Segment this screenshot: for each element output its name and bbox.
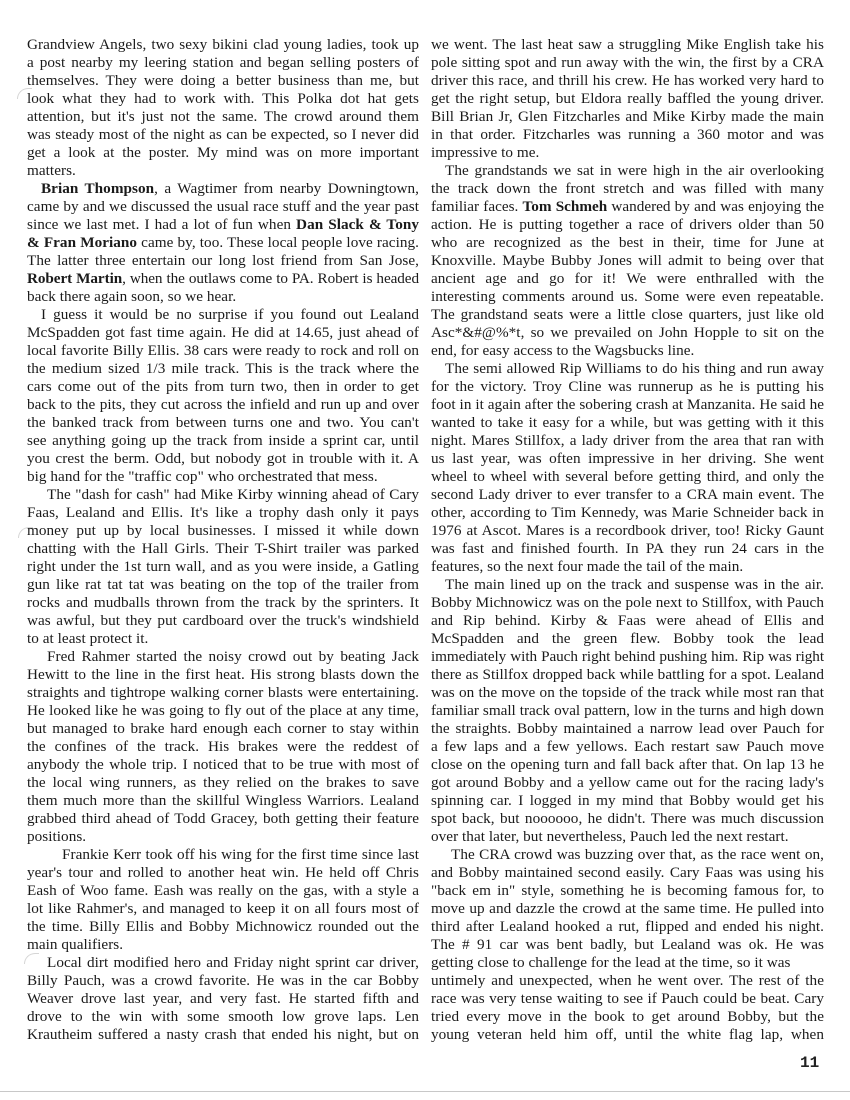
line-text: look what they had to work with. This Po…: [27, 90, 419, 107]
text-line: wheel to wheel with several before getti…: [431, 468, 824, 486]
text-line: main qualifiers.: [27, 936, 419, 954]
text-line: get the right setup, but Eldora really b…: [431, 90, 824, 108]
line-text: , when the outlaws come to PA. Robert is…: [122, 270, 419, 287]
line-text: local favorite Billy Ellis. 38 cars were…: [27, 342, 419, 359]
line-text: the banked track from between turns one …: [27, 414, 419, 431]
line-text: lot like Rahmer's, and managed to keep i…: [27, 900, 419, 917]
text-line: untimely and unexpected, when he went ov…: [431, 972, 824, 990]
line-text: anybody the whole trip. I noticed that t…: [27, 756, 419, 773]
text-line: action. He is putting together a race of…: [431, 216, 824, 234]
text-line: was on the move on the topside of the tr…: [431, 684, 824, 702]
line-text: Billy Pauch, was a crowd favorite. He wa…: [27, 972, 419, 989]
text-line: grabbed third ahead of Todd Gracey, both…: [27, 810, 419, 828]
text-line: who are recognized as the best in their,…: [431, 234, 824, 252]
line-text: McSpadden and the green flew. Bobby took…: [431, 630, 824, 647]
text-line: race was very tense waiting to see if Pa…: [431, 990, 824, 1008]
line-text: other, according to Tim Kennedy, was Mar…: [431, 504, 824, 521]
text-line: immediately with Pauch right behind push…: [431, 648, 824, 666]
text-line: see anything going up the track from ins…: [27, 432, 419, 450]
line-text: big hand for the "traffic cop" who orche…: [27, 468, 378, 485]
line-text: The main lined up on the track and suspe…: [445, 576, 824, 593]
text-line: ancient age and go for it! We were enthr…: [431, 270, 824, 288]
line-text: end, for easy access to the Wagsbucks li…: [431, 342, 694, 359]
line-text: Knoxville. Maybe Bubby Jones will admit …: [431, 252, 824, 269]
text-line: the time. Billy Ellis and Bobby Michnowi…: [27, 918, 419, 936]
line-text: positions.: [27, 828, 86, 845]
text-line: and Bobby maintained second easily. Cary…: [431, 864, 824, 882]
text-line: The main lined up on the track and suspe…: [431, 576, 824, 594]
text-line: interesting comments around us. Some wer…: [431, 288, 824, 306]
text-line: right under the 1st turn wall, and as yo…: [27, 558, 419, 576]
line-text: spot back, but noooooo, he didn't. There…: [431, 810, 824, 827]
line-text: The latter three entertain our long lost…: [27, 252, 419, 269]
line-text: He looked like he was going to fly out o…: [27, 702, 419, 719]
line-text: attention, but it's just not the same. T…: [27, 108, 419, 125]
line-text: the confines of the track. His brakes we…: [27, 738, 419, 755]
text-line: tried every move in the book to get arou…: [431, 1008, 824, 1026]
text-line: the straights. Bobby maintained a narrow…: [431, 720, 824, 738]
text-line: back there again soon, so we hear.: [27, 288, 419, 306]
line-text: over that later, but nevertheless, Pauch…: [431, 828, 789, 845]
line-text: there as Stillfox dropped back while bat…: [431, 666, 824, 683]
line-text: year's tour and rolled to another heat w…: [27, 864, 419, 881]
text-line: we went. The last heat saw a struggling …: [431, 36, 824, 54]
text-line: a post nearby my leering station and beg…: [27, 54, 419, 72]
line-text: in that order. Fitzcharles was running a…: [431, 126, 824, 143]
text-line: them much more than the skillful Wingles…: [27, 792, 419, 810]
text-line: The semi allowed Rip Williams to do his …: [431, 360, 824, 378]
text-line: get a look at the poster. My mind was on…: [27, 144, 419, 162]
line-text: was fast and finished fourth. In PA they…: [431, 540, 824, 557]
text-line: getting close to challenge for the lead …: [431, 954, 824, 972]
text-line: "back em in" style, something he is beco…: [431, 882, 824, 900]
text-line: year's tour and rolled to another heat w…: [27, 864, 419, 882]
line-text: to at least protect it.: [27, 630, 148, 647]
text-line: rocks and mudballs thrown from the track…: [27, 594, 419, 612]
line-text: straights and tightrope walking corner b…: [27, 684, 419, 701]
text-line: the track down the front stretch and was…: [431, 180, 824, 198]
text-line: a few laps and a few yellows. Each resta…: [431, 738, 824, 756]
line-text: came by and we discussed the usual race …: [27, 198, 419, 215]
text-line: features, so the next four made the tail…: [431, 558, 824, 576]
line-text: Eash of Woo fame. Eash was really on the…: [27, 882, 419, 899]
text-line: Local dirt modified hero and Friday nigh…: [27, 954, 419, 972]
line-text: move up and dazzle the crowd at the same…: [431, 900, 824, 917]
bold-name: & Fran Moriano: [27, 234, 137, 251]
bottom-rule-divider: [0, 1091, 850, 1092]
line-text: we went. The last heat saw a struggling …: [431, 36, 824, 53]
line-text: got around Bobby and a yellow came out f…: [431, 774, 824, 791]
text-line: The latter three entertain our long lost…: [27, 252, 419, 270]
line-text: rocks and mudballs thrown from the track…: [27, 594, 419, 611]
text-line: second Lady driver to ever transfer to a…: [431, 486, 824, 504]
text-line: third after Lealand hooked a rut, flippe…: [431, 918, 824, 936]
line-text: was awful, but they put cardboard over t…: [27, 612, 419, 629]
line-text: foot in it again after the sobering cras…: [431, 396, 824, 413]
text-line: Hewitt to the line in the first heat. Hi…: [27, 666, 419, 684]
line-text: see anything going up the track from ins…: [27, 432, 419, 449]
text-line: end, for easy access to the Wagsbucks li…: [431, 342, 824, 360]
line-text: a few laps and a few yellows. Each resta…: [431, 738, 824, 755]
line-text: action. He is putting together a race of…: [431, 216, 824, 233]
text-line: was fast and finished fourth. In PA they…: [431, 540, 824, 558]
text-line: lot like Rahmer's, and managed to keep i…: [27, 900, 419, 918]
text-line: got around Bobby and a yellow came out f…: [431, 774, 824, 792]
text-line: Asc*&#@%*t, so we prevailed on John Hopp…: [431, 324, 824, 342]
text-line: McSpadden got fast time again. He did at…: [27, 324, 419, 342]
text-line: move up and dazzle the crowd at the same…: [431, 900, 824, 918]
text-line: and Rip behind. Kirby & Faas were ahead …: [431, 612, 824, 630]
text-line: pole sitting spot and run away with the …: [431, 54, 824, 72]
line-text: main qualifiers.: [27, 936, 123, 953]
text-line: familiar small track oval pattern, low i…: [431, 702, 824, 720]
line-text: "back em in" style, something he is beco…: [431, 882, 824, 899]
line-text: the straights. Bobby maintained a narrow…: [431, 720, 824, 737]
line-text: Faas, Lealand and Ellis. It's like a tro…: [27, 504, 419, 521]
text-line: cars come out of the pits from turn two,…: [27, 378, 419, 396]
line-text: I guess it would be no surprise if you f…: [41, 306, 419, 323]
text-line: big hand for the "traffic cop" who orche…: [27, 468, 419, 486]
text-line: wanted to take it easy for a while, but …: [431, 414, 824, 432]
text-line: & Fran Moriano came by, too. These local…: [27, 234, 419, 252]
text-line: night. Mares Stillfox, a lady driver fro…: [431, 432, 824, 450]
text-line: but managed to brake hard enough each co…: [27, 720, 419, 738]
text-line: Frankie Kerr took off his wing for the f…: [27, 846, 419, 864]
line-text: second Lady driver to ever transfer to a…: [431, 486, 824, 503]
line-text: immediately with Pauch right behind push…: [431, 648, 824, 665]
line-text: driver this race, and thrill his crew. H…: [431, 72, 824, 89]
line-text: close on the opening turn and fall back …: [431, 756, 824, 773]
line-text: back there again soon, so we hear.: [27, 288, 236, 305]
bold-name: Tom Schmeh: [523, 198, 608, 215]
line-text: wheel to wheel with several before getti…: [431, 468, 824, 485]
text-line: look what they had to work with. This Po…: [27, 90, 419, 108]
text-line: other, according to Tim Kennedy, was Mar…: [431, 504, 824, 522]
text-line: the banked track from between turns one …: [27, 414, 419, 432]
text-line: chatting with the Hall Girls. Their T-Sh…: [27, 540, 419, 558]
line-text: Bobby Michnowicz was on the pole next to…: [431, 594, 824, 611]
line-text: the local wing runners, as they relied o…: [27, 774, 419, 791]
text-line: foot in it again after the sobering cras…: [431, 396, 824, 414]
text-line: The grandstand seats were a little close…: [431, 306, 824, 324]
text-line: there as Stillfox dropped back while bat…: [431, 666, 824, 684]
line-text: chatting with the Hall Girls. Their T-Sh…: [27, 540, 419, 557]
line-text: features, so the next four made the tail…: [431, 558, 743, 575]
text-line: young veteran held him off, until the wh…: [431, 1026, 824, 1044]
line-text: getting close to challenge for the lead …: [431, 954, 790, 971]
text-line: Faas, Lealand and Ellis. It's like a tro…: [27, 504, 419, 522]
line-text: The grandstands we sat in were high in t…: [445, 162, 824, 179]
line-text: Local dirt modified hero and Friday nigh…: [47, 954, 419, 971]
line-text: and Bobby maintained second easily. Cary…: [431, 864, 824, 881]
text-line: straights and tightrope walking corner b…: [27, 684, 419, 702]
line-text: ancient age and go for it! We were enthr…: [431, 270, 824, 287]
bold-name: Robert Martin: [27, 270, 122, 287]
line-text: young veteran held him off, until the wh…: [431, 1026, 824, 1043]
text-line: back to the pits, they cut across the in…: [27, 396, 419, 414]
text-line: McSpadden and the green flew. Bobby took…: [431, 630, 824, 648]
text-line: He looked like he was going to fly out o…: [27, 702, 419, 720]
line-text: tried every move in the book to get arou…: [431, 1008, 824, 1025]
text-line: Robert Martin, when the outlaws come to …: [27, 270, 419, 288]
magazine-page: Grandview Angels, two sexy bikini clad y…: [0, 0, 850, 1100]
text-line: Knoxville. Maybe Bubby Jones will admit …: [431, 252, 824, 270]
text-line: driver this race, and thrill his crew. H…: [431, 72, 824, 90]
text-line: was awful, but they put cardboard over t…: [27, 612, 419, 630]
text-line: themselves. They were doing a better bus…: [27, 72, 419, 90]
line-text: third after Lealand hooked a rut, flippe…: [431, 918, 824, 935]
text-line: impressive to me.: [431, 144, 824, 162]
bold-name: Brian Thompson: [41, 180, 154, 197]
line-text: Frankie Kerr took off his wing for the f…: [62, 846, 419, 863]
text-line: familiar faces. Tom Schmeh wandered by a…: [431, 198, 824, 216]
line-text: wandered by and was enjoying the: [607, 198, 824, 215]
text-line: I guess it would be no surprise if you f…: [27, 306, 419, 324]
text-line: spinning car. I logged in my mind that B…: [431, 792, 824, 810]
scan-artifact-mark: [18, 527, 33, 538]
text-line: the confines of the track. His brakes we…: [27, 738, 419, 756]
line-text: cars come out of the pits from turn two,…: [27, 378, 419, 395]
line-text: The CRA crowd was buzzing over that, as …: [451, 846, 824, 863]
line-text: us last year, was often impressive in he…: [431, 450, 824, 467]
line-text: since we last met. I had a lot of fun wh…: [27, 216, 296, 233]
text-line: over that later, but nevertheless, Pauch…: [431, 828, 824, 846]
line-text: Krautheim suffered a nasty crash that en…: [27, 1026, 419, 1043]
text-line: matters.: [27, 162, 419, 180]
line-text: race was very tense waiting to see if Pa…: [431, 990, 824, 1007]
line-text: back to the pits, they cut across the in…: [27, 396, 419, 413]
line-text: 1976 at Ascot. Mares is a recordbook dri…: [431, 522, 824, 539]
line-text: get the right setup, but Eldora really b…: [431, 90, 824, 107]
text-line: you crest the berm. Odd, but nobody got …: [27, 450, 419, 468]
line-text: drove to the win with some smooth low gr…: [27, 1008, 419, 1025]
text-line: to at least protect it.: [27, 630, 419, 648]
line-text: who are recognized as the best in their,…: [431, 234, 824, 251]
text-line: Eash of Woo fame. Eash was really on the…: [27, 882, 419, 900]
line-text: The semi allowed Rip Williams to do his …: [445, 360, 824, 377]
bold-name: Dan Slack & Tony: [296, 216, 419, 233]
line-text: Hewitt to the line in the first heat. Hi…: [27, 666, 419, 683]
line-text: you crest the berm. Odd, but nobody got …: [27, 450, 419, 467]
text-line: Brian Thompson, a Wagtimer from nearby D…: [27, 180, 419, 198]
line-text: get a look at the poster. My mind was on…: [27, 144, 419, 161]
line-text: impressive to me.: [431, 144, 539, 161]
left-column: Grandview Angels, two sexy bikini clad y…: [27, 36, 419, 1044]
text-line: gun like rat tat tat was beating on the …: [27, 576, 419, 594]
line-text: matters.: [27, 162, 76, 179]
text-line: came by and we discussed the usual race …: [27, 198, 419, 216]
line-text: familiar small track oval pattern, low i…: [431, 702, 824, 719]
line-text: McSpadden got fast time again. He did at…: [27, 324, 419, 341]
text-line: positions.: [27, 828, 419, 846]
text-line: was steady most of the night as can be e…: [27, 126, 419, 144]
line-text: and Rip behind. Kirby & Faas were ahead …: [431, 612, 824, 629]
line-text: night. Mares Stillfox, a lady driver fro…: [431, 432, 824, 449]
text-line: spot back, but noooooo, he didn't. There…: [431, 810, 824, 828]
line-text: spinning car. I logged in my mind that B…: [431, 792, 824, 809]
line-text: the time. Billy Ellis and Bobby Michnowi…: [27, 918, 419, 935]
text-line: The "dash for cash" had Mike Kirby winni…: [27, 486, 419, 504]
line-text: familiar faces.: [431, 198, 523, 215]
text-line: since we last met. I had a lot of fun wh…: [27, 216, 419, 234]
text-line: the local wing runners, as they relied o…: [27, 774, 419, 792]
line-text: gun like rat tat tat was beating on the …: [27, 576, 419, 593]
text-line: Krautheim suffered a nasty crash that en…: [27, 1026, 419, 1044]
text-line: local favorite Billy Ellis. 38 cars were…: [27, 342, 419, 360]
line-text: them much more than the skillful Wingles…: [27, 792, 419, 809]
line-text: Weaver drove last year, and very fast. H…: [27, 990, 419, 1007]
line-text: the track down the front stretch and was…: [431, 180, 824, 197]
text-line: close on the opening turn and fall back …: [431, 756, 824, 774]
line-text: but managed to brake hard enough each co…: [27, 720, 419, 737]
text-line: in that order. Fitzcharles was running a…: [431, 126, 824, 144]
line-text: a post nearby my leering station and beg…: [27, 54, 419, 71]
scan-artifact-mark: [17, 88, 32, 99]
text-line: Bill Brian Jr, Glen Fitzcharles and Mike…: [431, 108, 824, 126]
line-text: the medium sized 1/3 mile track. This is…: [27, 360, 419, 377]
line-text: was steady most of the night as can be e…: [27, 126, 419, 143]
text-line: Weaver drove last year, and very fast. H…: [27, 990, 419, 1008]
right-column: we went. The last heat saw a struggling …: [431, 36, 824, 1044]
line-text: Bill Brian Jr, Glen Fitzcharles and Mike…: [431, 108, 824, 125]
line-text: right under the 1st turn wall, and as yo…: [27, 558, 419, 575]
text-line: us last year, was often impressive in he…: [431, 450, 824, 468]
line-text: Asc*&#@%*t, so we prevailed on John Hopp…: [431, 324, 824, 341]
text-line: money put up by local businesses. I miss…: [27, 522, 419, 540]
text-line: for the victory. Troy Cline was runnerup…: [431, 378, 824, 396]
line-text: interesting comments around us. Some wer…: [431, 288, 824, 305]
text-line: Fred Rahmer started the noisy crowd out …: [27, 648, 419, 666]
text-line: anybody the whole trip. I noticed that t…: [27, 756, 419, 774]
text-line: The CRA crowd was buzzing over that, as …: [431, 846, 824, 864]
line-text: Fred Rahmer started the noisy crowd out …: [47, 648, 419, 665]
line-text: The # 91 car was bent badly, but Lealand…: [431, 936, 824, 953]
line-text: untimely and unexpected, when he went ov…: [431, 972, 824, 989]
line-text: came by, too. These local people love ra…: [137, 234, 419, 251]
text-line: The # 91 car was bent badly, but Lealand…: [431, 936, 824, 954]
line-text: grabbed third ahead of Todd Gracey, both…: [27, 810, 419, 827]
line-text: Grandview Angels, two sexy bikini clad y…: [27, 36, 419, 53]
line-text: The grandstand seats were a little close…: [431, 306, 824, 323]
line-text: for the victory. Troy Cline was runnerup…: [431, 378, 824, 395]
text-line: Bobby Michnowicz was on the pole next to…: [431, 594, 824, 612]
page-number: 11: [800, 1054, 819, 1072]
line-text: themselves. They were doing a better bus…: [27, 72, 419, 89]
text-line: 1976 at Ascot. Mares is a recordbook dri…: [431, 522, 824, 540]
text-line: the medium sized 1/3 mile track. This is…: [27, 360, 419, 378]
line-text: pole sitting spot and run away with the …: [431, 54, 824, 71]
text-line: The grandstands we sat in were high in t…: [431, 162, 824, 180]
text-line: attention, but it's just not the same. T…: [27, 108, 419, 126]
line-text: , a Wagtimer from nearby Downingtown,: [154, 180, 419, 197]
line-text: wanted to take it easy for a while, but …: [431, 414, 824, 431]
line-text: The "dash for cash" had Mike Kirby winni…: [47, 486, 419, 503]
text-line: Grandview Angels, two sexy bikini clad y…: [27, 36, 419, 54]
line-text: money put up by local businesses. I miss…: [27, 522, 419, 539]
line-text: was on the move on the topside of the tr…: [431, 684, 824, 701]
text-line: Billy Pauch, was a crowd favorite. He wa…: [27, 972, 419, 990]
text-line: drove to the win with some smooth low gr…: [27, 1008, 419, 1026]
